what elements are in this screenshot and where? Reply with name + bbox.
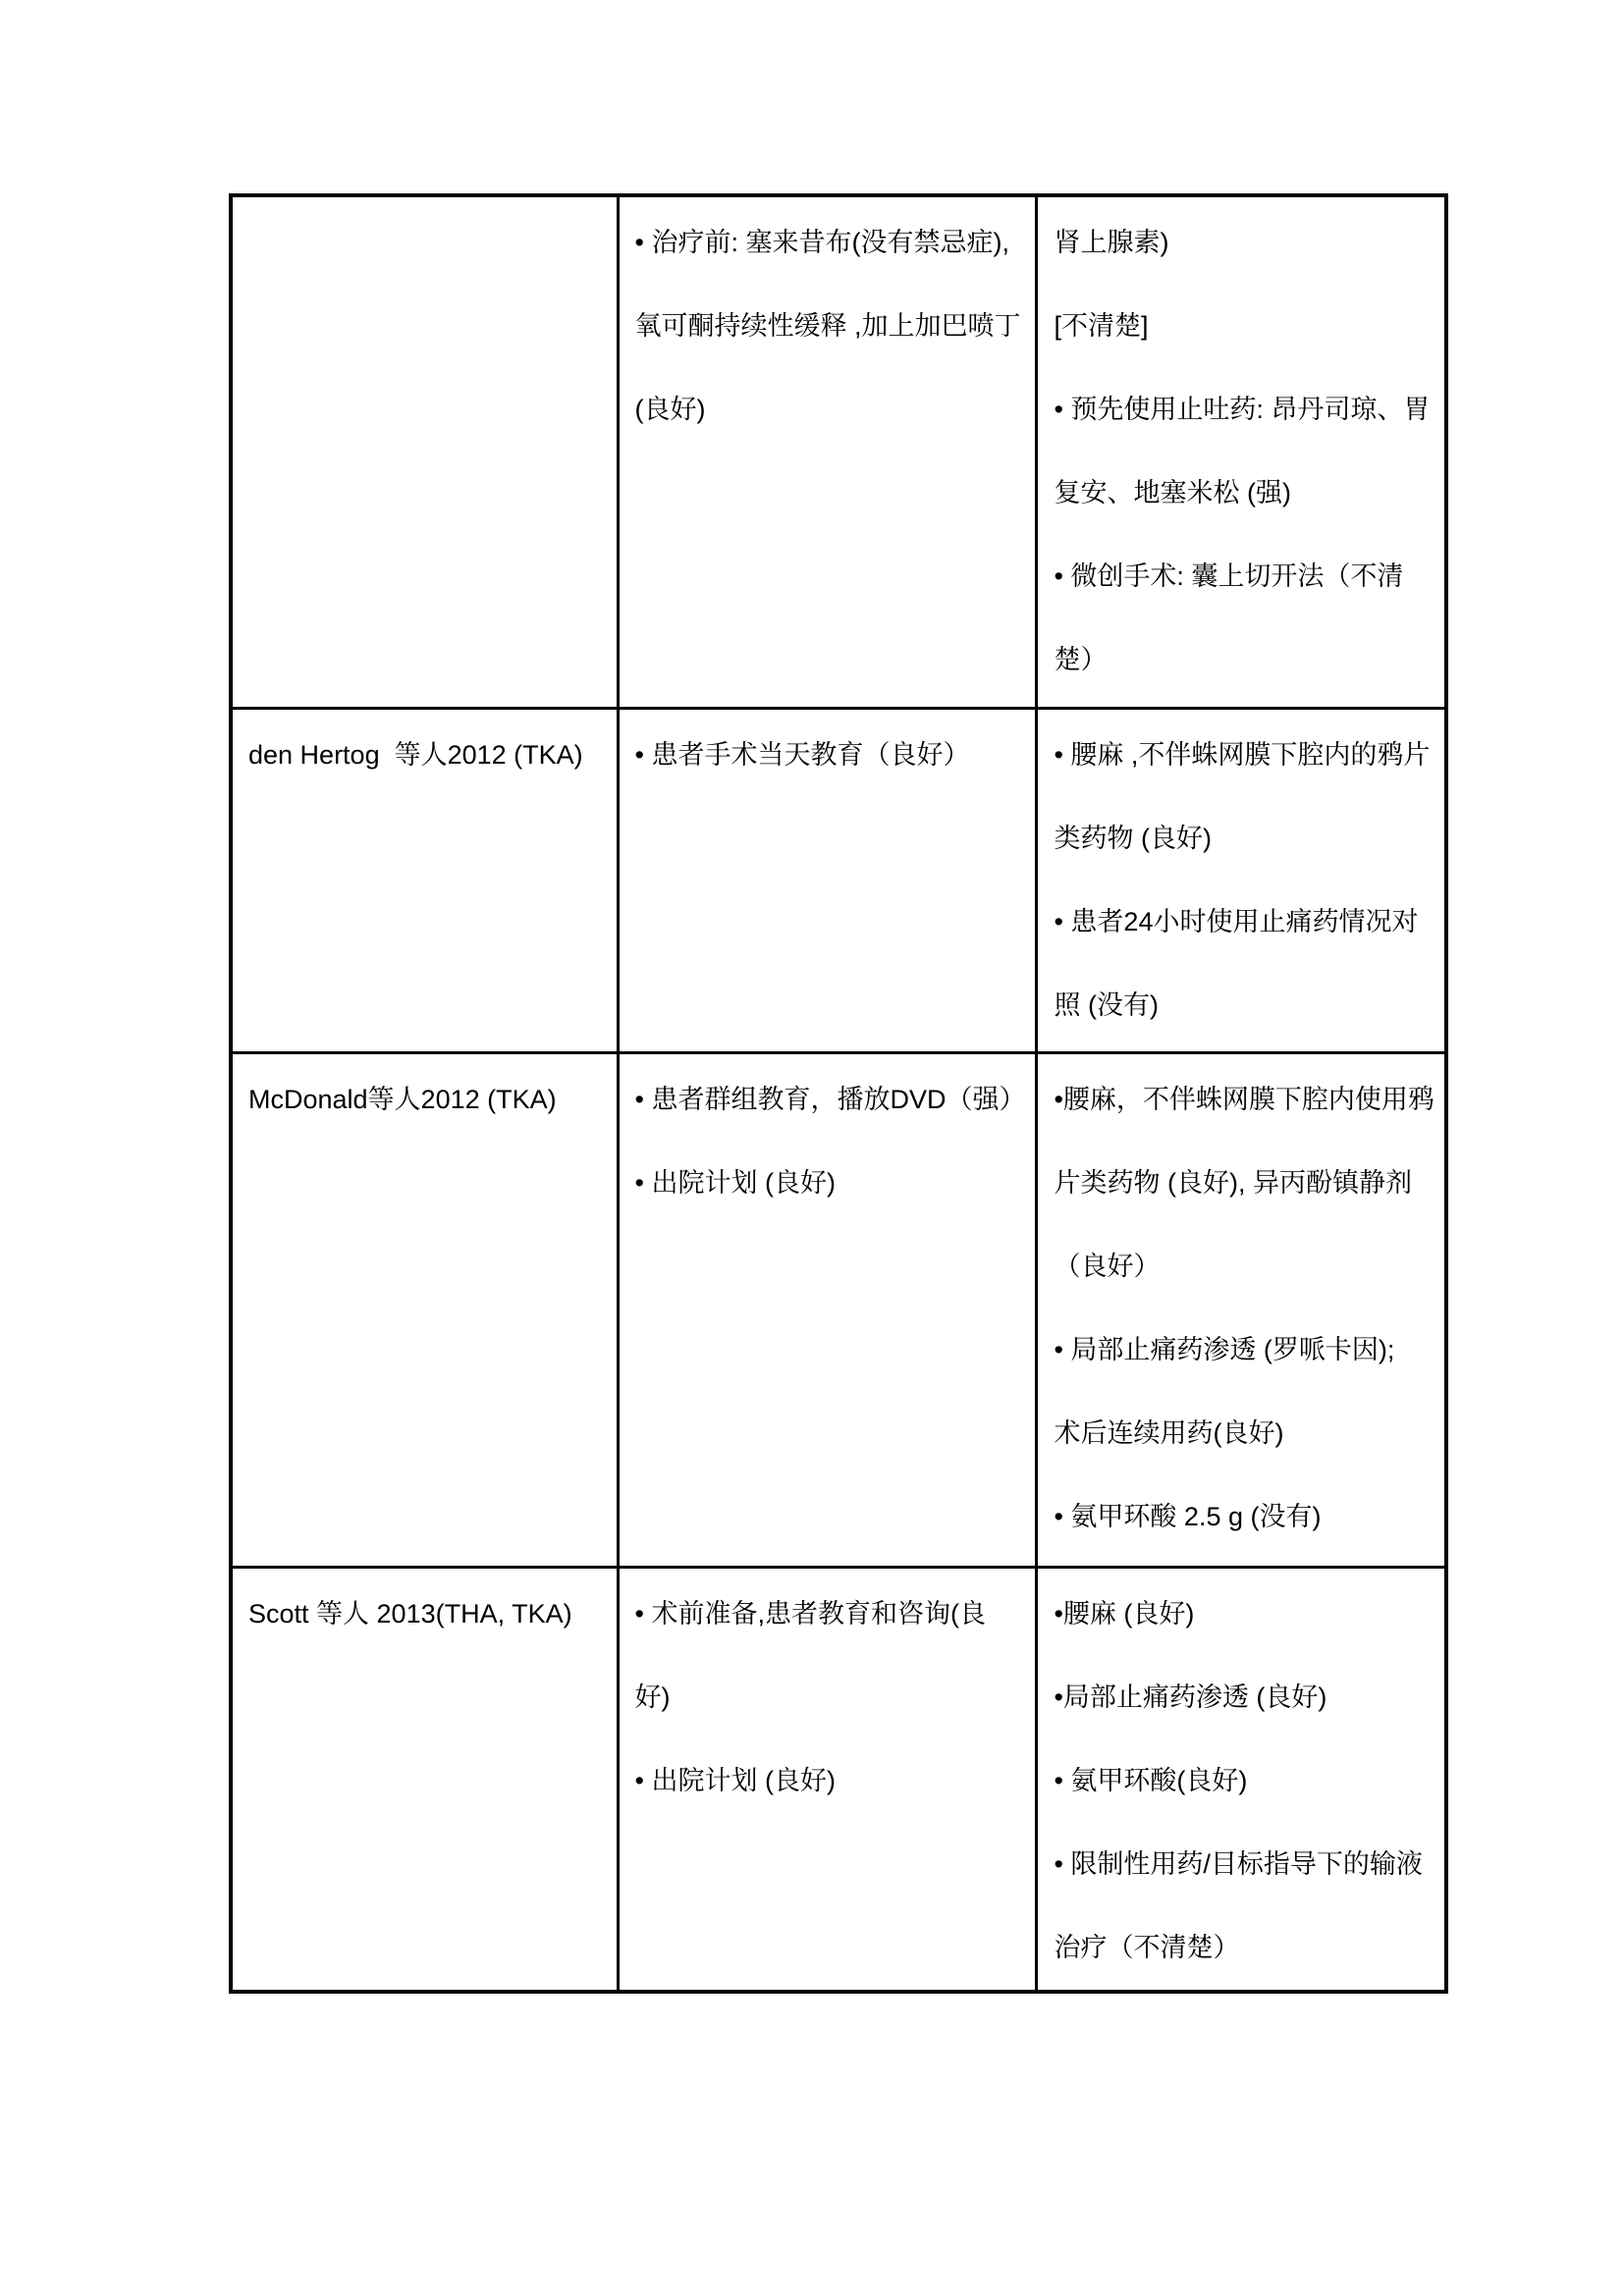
- table-row: den Hertog 等人2012 (TKA) • 患者手术当天教育（良好） •…: [231, 708, 1446, 1052]
- table-row: Scott 等人 2013(THA, TKA) • 术前准备,患者教育和咨询(良…: [231, 1567, 1446, 1992]
- table-cell-study: Scott 等人 2013(THA, TKA): [231, 1567, 618, 1992]
- document-page: • 治疗前: 塞来昔布(没有禁忌症), 氧可酮持续性缓释 ,加上加巴喷丁 (良好…: [0, 0, 1624, 2296]
- table-cell-middle: • 患者群组教育，播放DVD（强） • 出院计划 (良好): [618, 1052, 1037, 1567]
- table-cell-middle: • 治疗前: 塞来昔布(没有禁忌症), 氧可酮持续性缓释 ,加上加巴喷丁 (良好…: [618, 195, 1037, 708]
- table-cell-right: •腰麻，不伴蛛网膜下腔内使用鸦 片类药物 (良好), 异丙酚镇静剂 （良好） •…: [1037, 1052, 1446, 1567]
- table-cell-study: McDonald等人2012 (TKA): [231, 1052, 618, 1567]
- interventions-table: • 治疗前: 塞来昔布(没有禁忌症), 氧可酮持续性缓释 ,加上加巴喷丁 (良好…: [229, 193, 1448, 1994]
- table-row: • 治疗前: 塞来昔布(没有禁忌症), 氧可酮持续性缓释 ,加上加巴喷丁 (良好…: [231, 195, 1446, 708]
- table-row: McDonald等人2012 (TKA) • 患者群组教育，播放DVD（强） •…: [231, 1052, 1446, 1567]
- table-cell-study: den Hertog 等人2012 (TKA): [231, 708, 618, 1052]
- table-cell-right: • 腰麻 ,不伴蛛网膜下腔内的鸦片 类药物 (良好) • 患者24小时使用止痛药…: [1037, 708, 1446, 1052]
- table-cell-middle: • 患者手术当天教育（良好）: [618, 708, 1037, 1052]
- table-cell-right: •腰麻 (良好) •局部止痛药渗透 (良好) • 氨甲环酸(良好) • 限制性用…: [1037, 1567, 1446, 1992]
- table-cell-study: [231, 195, 618, 708]
- table-cell-right: 肾上腺素) [不清楚] • 预先使用止吐药: 昂丹司琼、胃 复安、地塞米松 (强…: [1037, 195, 1446, 708]
- table-cell-middle: • 术前准备,患者教育和咨询(良 好) • 出院计划 (良好): [618, 1567, 1037, 1992]
